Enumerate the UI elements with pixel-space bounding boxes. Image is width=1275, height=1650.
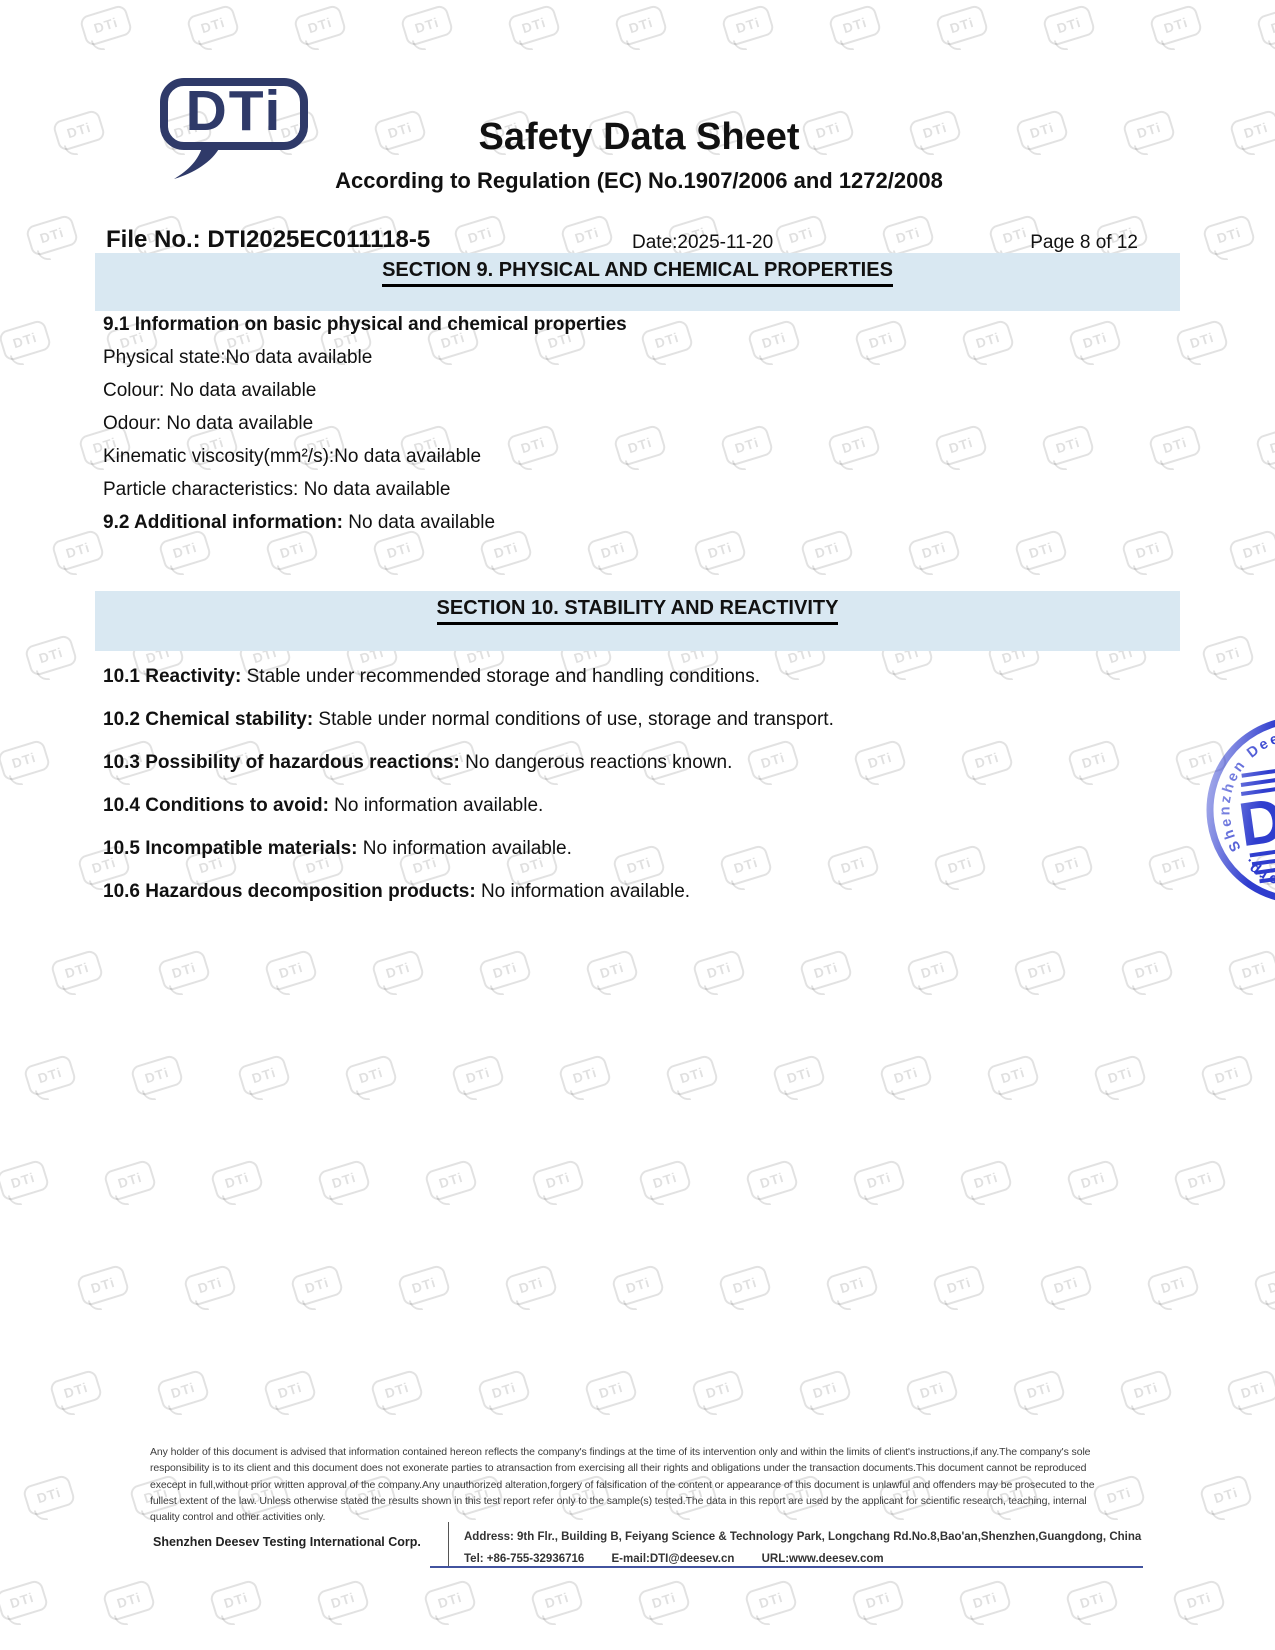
watermark-logo: DTi [0,739,51,783]
watermark-logo: DTi [665,1054,720,1098]
footer-email: E-mail:DTI@deesev.cn [612,1553,735,1565]
watermark-logo: DTi [79,4,134,48]
watermark-logo: DTi [478,949,533,993]
watermark-logo: DTi [1040,844,1095,888]
watermark-logo: DTi [531,1159,586,1203]
watermark-logo: DTi [611,1264,666,1308]
watermark-logo: DTi [744,1579,799,1623]
watermark-logo: DTi [1202,214,1257,258]
watermark-logo: DTi [932,1264,987,1308]
watermark-logo: DTi [50,949,105,993]
watermark-logo: DTi [907,529,962,573]
disclaimer-line: Any holder of this document is advised t… [150,1444,1160,1460]
text-line: Colour: No data available [103,381,627,401]
watermark-logo: DTi [507,4,562,48]
text-line: Physical state:No data available [103,348,627,368]
watermark-logo: DTi [1172,1579,1227,1623]
watermark-logo: DTi [0,1159,50,1203]
disclaimer-line: fullest extent of the law. Unless otherw… [150,1493,1160,1509]
company-seal-stamp: D Shenzhen Deesev Testing International … [1155,680,1275,950]
watermark-logo: DTi [1228,529,1275,573]
watermark-logo: DTi [1068,319,1123,363]
watermark-logo: DTi [1255,424,1275,468]
watermark-logo: DTi [827,424,882,468]
watermark-logo: DTi [156,1369,211,1413]
watermark-logo: DTi [1120,949,1175,993]
watermark-logo: DTi [1199,1474,1254,1518]
watermark-logo: DTi [560,214,615,258]
watermark-logo: DTi [1201,634,1256,678]
watermark-logo: DTi [558,1054,613,1098]
section10-header-band: SECTION 10. STABILITY AND REACTIVITY [95,591,1180,651]
watermark-logo: DTi [934,424,989,468]
section9-body: 9.1 Information on basic physical and ch… [103,315,627,546]
watermark-logo: DTi [1200,1054,1255,1098]
watermark-logo: DTi [851,1579,906,1623]
watermark-logo: DTi [1119,1369,1174,1413]
watermark-logo: DTi [798,1369,853,1413]
watermark-logo: DTi [958,1579,1013,1623]
footer-contact-row: Tel: +86-755-32936716 E-mail:DTI@deesev.… [464,1553,908,1565]
text-line: 10.6 Hazardous decomposition products: N… [103,881,834,902]
watermark-logo: DTi [1175,319,1230,363]
watermark-logo: DTi [1014,529,1069,573]
watermark-logo: DTi [397,1264,452,1308]
watermark-logo: DTi [25,214,80,258]
section9-header: SECTION 9. PHYSICAL AND CHEMICAL PROPERT… [382,259,893,287]
watermark-logo: DTi [640,319,695,363]
text-line: 10.4 Conditions to avoid: No information… [103,795,834,816]
watermark-logo: DTi [825,1264,880,1308]
watermark-logo: DTi [692,949,747,993]
sds-document-page: DTiDTiDTiDTiDTiDTiDTiDTiDTiDTiDTiDTiDTiD… [0,0,1275,1650]
text-line: Kinematic viscosity(mm²/s):No data avail… [103,447,627,467]
watermark-logo: DTi [638,1159,693,1203]
watermark-logo: DTi [210,1159,265,1203]
watermark-logo: DTi [1041,424,1096,468]
watermark-logo: DTi [854,319,909,363]
watermark-logo: DTi [584,1369,639,1413]
page-indicator: Page 8 of 12 [1030,232,1138,254]
watermark-logo: DTi [183,1264,238,1308]
footer-divider [448,1522,449,1567]
watermark-logo: DTi [317,1159,372,1203]
watermark-logo: DTi [530,1579,585,1623]
footer-rule [430,1566,1143,1568]
watermark-logo: DTi [960,739,1015,783]
section9-header-band: SECTION 9. PHYSICAL AND CHEMICAL PROPERT… [95,253,1180,311]
watermark-logo: DTi [800,529,855,573]
watermark-logo: DTi [772,1054,827,1098]
page-subtitle: According to Regulation (EC) No.1907/200… [98,166,1180,196]
watermark-logo: DTi [905,1369,960,1413]
watermark-logo: DTi [102,1579,157,1623]
watermark-logo: DTi [186,4,241,48]
watermark-logo: DTi [423,1579,478,1623]
watermark-logo: DTi [1229,109,1275,153]
watermark-logo: DTi [22,1474,77,1518]
footer-company-name: Shenzhen Deesev Testing International Co… [153,1535,421,1549]
watermark-logo: DTi [986,1054,1041,1098]
watermark-logo: DTi [691,1369,746,1413]
watermark-logo: DTi [209,1579,264,1623]
watermark-logo: DTi [585,949,640,993]
watermark-logo: DTi [1253,1264,1275,1308]
text-line: 9.1 Information on basic physical and ch… [103,315,627,335]
watermark-logo: DTi [344,1054,399,1098]
watermark-logo: DTi [237,1054,292,1098]
watermark-logo: DTi [504,1264,559,1308]
text-line: 10.1 Reactivity: Stable under recommende… [103,666,834,687]
watermark-logo: DTi [0,1579,49,1623]
watermark-logo: DTi [879,1054,934,1098]
document-date: Date:2025-11-20 [632,232,773,254]
watermark-logo: DTi [881,214,936,258]
file-number: File No.: DTI2025EC011118-5 [106,226,430,254]
section10-header: SECTION 10. STABILITY AND REACTIVITY [437,597,839,625]
watermark-logo: DTi [453,214,508,258]
text-line: 10.5 Incompatible materials: No informat… [103,838,834,859]
watermark-logo: DTi [371,949,426,993]
watermark-logo: DTi [1039,1264,1094,1308]
watermark-logo: DTi [1146,1264,1201,1308]
text-line: 9.2 Additional information: No data avai… [103,513,627,533]
watermark-logo: DTi [614,4,669,48]
watermark-logo: DTi [961,319,1016,363]
watermark-logo: DTi [1148,424,1203,468]
watermark-logo: DTi [933,844,988,888]
watermark-logo: DTi [1067,739,1122,783]
text-line: 10.3 Possibility of hazardous reactions:… [103,752,834,773]
stamp-center-letter: D [1235,786,1275,861]
watermark-logo: DTi [799,949,854,993]
watermark-logo: DTi [290,1264,345,1308]
section10-body: 10.1 Reactivity: Stable under recommende… [103,666,834,924]
watermark-logo: DTi [1013,949,1068,993]
watermark-logo: DTi [23,1054,78,1098]
watermark-logo: DTi [157,949,212,993]
watermark-logo: DTi [1042,4,1097,48]
watermark-logo: DTi [400,4,455,48]
watermark-logo: DTi [263,1369,318,1413]
watermark-logo: DTi [721,4,776,48]
watermark-logo: DTi [906,949,961,993]
watermark-logo: DTi [1012,1369,1067,1413]
watermark-logo: DTi [293,4,348,48]
watermark-logo: DTi [24,634,79,678]
watermark-logo: DTi [1149,4,1204,48]
watermark-logo: DTi [477,1369,532,1413]
footer-url: URL:www.deesev.com [762,1553,884,1565]
watermark-logo: DTi [424,1159,479,1203]
watermark-logo: DTi [1065,1579,1120,1623]
watermark-logo: DTi [747,319,802,363]
watermark-logo: DTi [1066,1159,1121,1203]
watermark-logo: DTi [0,319,52,363]
watermark-logo: DTi [370,1369,425,1413]
watermark-logo: DTi [1256,4,1275,48]
watermark-logo: DTi [745,1159,800,1203]
watermark-logo: DTi [935,4,990,48]
watermark-logo: DTi [1226,1369,1275,1413]
disclaimer-text: Any holder of this document is advised t… [150,1444,1160,1525]
watermark-logo: DTi [76,1264,131,1308]
text-line: Odour: No data available [103,414,627,434]
page-title: Safety Data Sheet [98,116,1180,158]
watermark-logo: DTi [637,1579,692,1623]
watermark-logo: DTi [103,1159,158,1203]
watermark-logo: DTi [130,1054,185,1098]
watermark-logo: DTi [774,214,829,258]
text-line: 10.2 Chemical stability: Stable under no… [103,709,834,730]
watermark-logo: DTi [49,1369,104,1413]
watermark-logo: DTi [853,739,908,783]
watermark-logo: DTi [693,529,748,573]
watermark-logo: DTi [51,529,106,573]
watermark-logo: DTi [264,949,319,993]
text-line: Particle characteristics: No data availa… [103,480,627,500]
watermark-logo: DTi [1093,1054,1148,1098]
watermark-logo: DTi [316,1579,371,1623]
disclaimer-line: execept in full,without prior written ap… [150,1477,1160,1493]
footer-address: Address: 9th Flr., Building B, Feiyang S… [464,1531,1141,1543]
disclaimer-line: responsibility is to its client and this… [150,1460,1160,1476]
watermark-logo: DTi [1227,949,1275,993]
footer-tel: Tel: +86-755-32936716 [464,1553,584,1565]
watermark-logo: DTi [828,4,883,48]
watermark-logo: DTi [1173,1159,1228,1203]
watermark-logo: DTi [720,424,775,468]
watermark-logo: DTi [852,1159,907,1203]
watermark-logo: DTi [1121,529,1176,573]
watermark-logo: DTi [718,1264,773,1308]
watermark-logo: DTi [451,1054,506,1098]
watermark-logo: DTi [959,1159,1014,1203]
disclaimer-line: quality control and other activities onl… [150,1509,1160,1525]
